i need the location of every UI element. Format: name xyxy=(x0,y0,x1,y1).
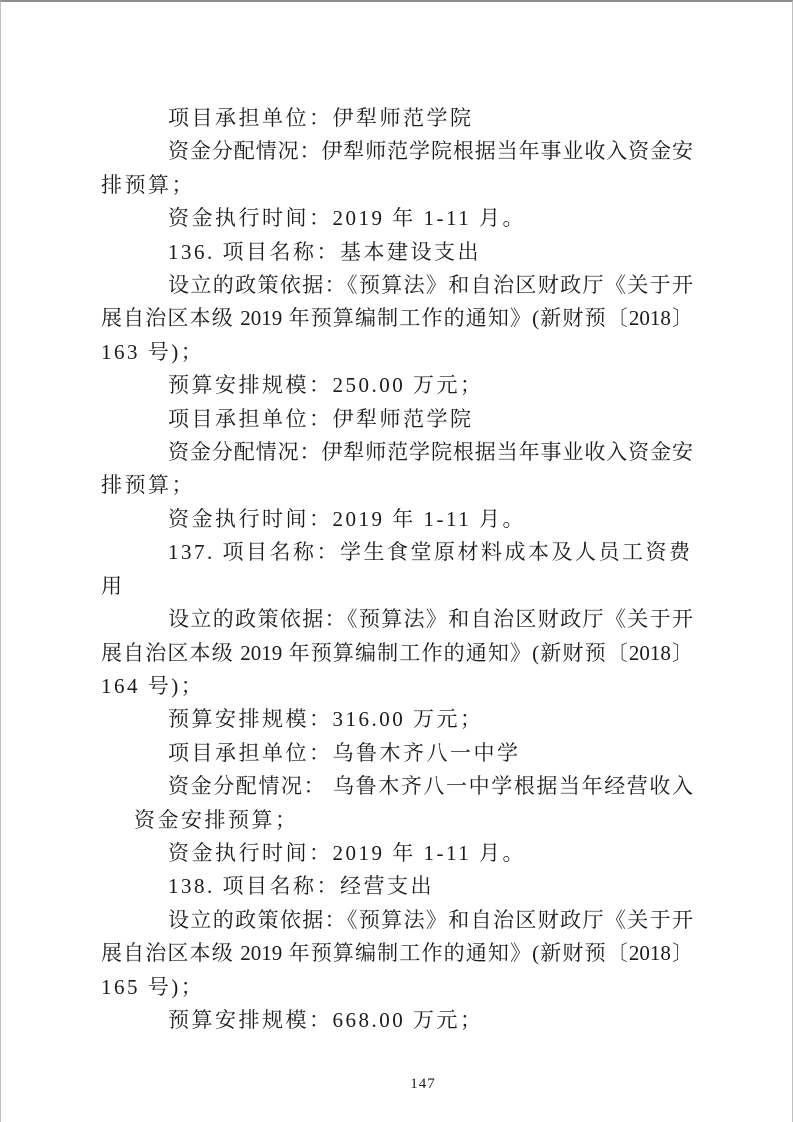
document-line: 资金执行时间：2019 年 1-11 月。 xyxy=(101,202,693,235)
document-line: 排预算； xyxy=(101,469,693,502)
document-line: 设立的政策依据：《预算法》和自治区财政厅《关于开 xyxy=(101,269,693,302)
document-line: 项目承担单位：伊犁师范学院 xyxy=(101,403,693,436)
document-line: 165 号)； xyxy=(101,971,693,1004)
document-line: 137. 项目名称：学生食堂原材料成本及人员工资费用 xyxy=(101,536,693,603)
document-line: 资金安排预算； xyxy=(101,804,693,837)
document-line: 预算安排规模：668.00 万元； xyxy=(101,1004,693,1037)
document-line: 资金执行时间：2019 年 1-11 月。 xyxy=(101,503,693,536)
document-line: 163 号)； xyxy=(101,336,693,369)
document-line: 资金分配情况：伊犁师范学院根据当年事业收入资金安 xyxy=(101,436,693,469)
document-line: 展自治区本级 2019 年预算编制工作的通知》(新财预〔2018〕 xyxy=(101,637,693,670)
document-line: 展自治区本级 2019 年预算编制工作的通知》(新财预〔2018〕 xyxy=(101,302,693,335)
document-line: 项目承担单位：伊犁师范学院 xyxy=(101,102,693,135)
document-line: 设立的政策依据：《预算法》和自治区财政厅《关于开 xyxy=(101,904,693,937)
document-line: 164 号)； xyxy=(101,670,693,703)
page-body: 项目承担单位：伊犁师范学院 资金分配情况：伊犁师范学院根据当年事业收入资金安 排… xyxy=(101,102,693,1037)
document-line: 展自治区本级 2019 年预算编制工作的通知》(新财预〔2018〕 xyxy=(101,937,693,970)
page-number: 147 xyxy=(403,1076,443,1093)
document-line: 设立的政策依据：《预算法》和自治区财政厅《关于开 xyxy=(101,603,693,636)
document-page: 项目承担单位：伊犁师范学院 资金分配情况：伊犁师范学院根据当年事业收入资金安 排… xyxy=(0,0,793,1122)
document-line: 136. 项目名称：基本建设支出 xyxy=(101,236,693,269)
document-line: 预算安排规模：250.00 万元； xyxy=(101,369,693,402)
document-line: 资金执行时间：2019 年 1-11 月。 xyxy=(101,837,693,870)
document-line: 资金分配情况： 乌鲁木齐八一中学根据当年经营收入 xyxy=(101,770,693,803)
document-line: 排预算； xyxy=(101,169,693,202)
document-line: 项目承担单位：乌鲁木齐八一中学 xyxy=(101,737,693,770)
document-line: 预算安排规模：316.00 万元； xyxy=(101,703,693,736)
document-line: 138. 项目名称：经营支出 xyxy=(101,870,693,903)
document-line: 资金分配情况：伊犁师范学院根据当年事业收入资金安 xyxy=(101,135,693,168)
